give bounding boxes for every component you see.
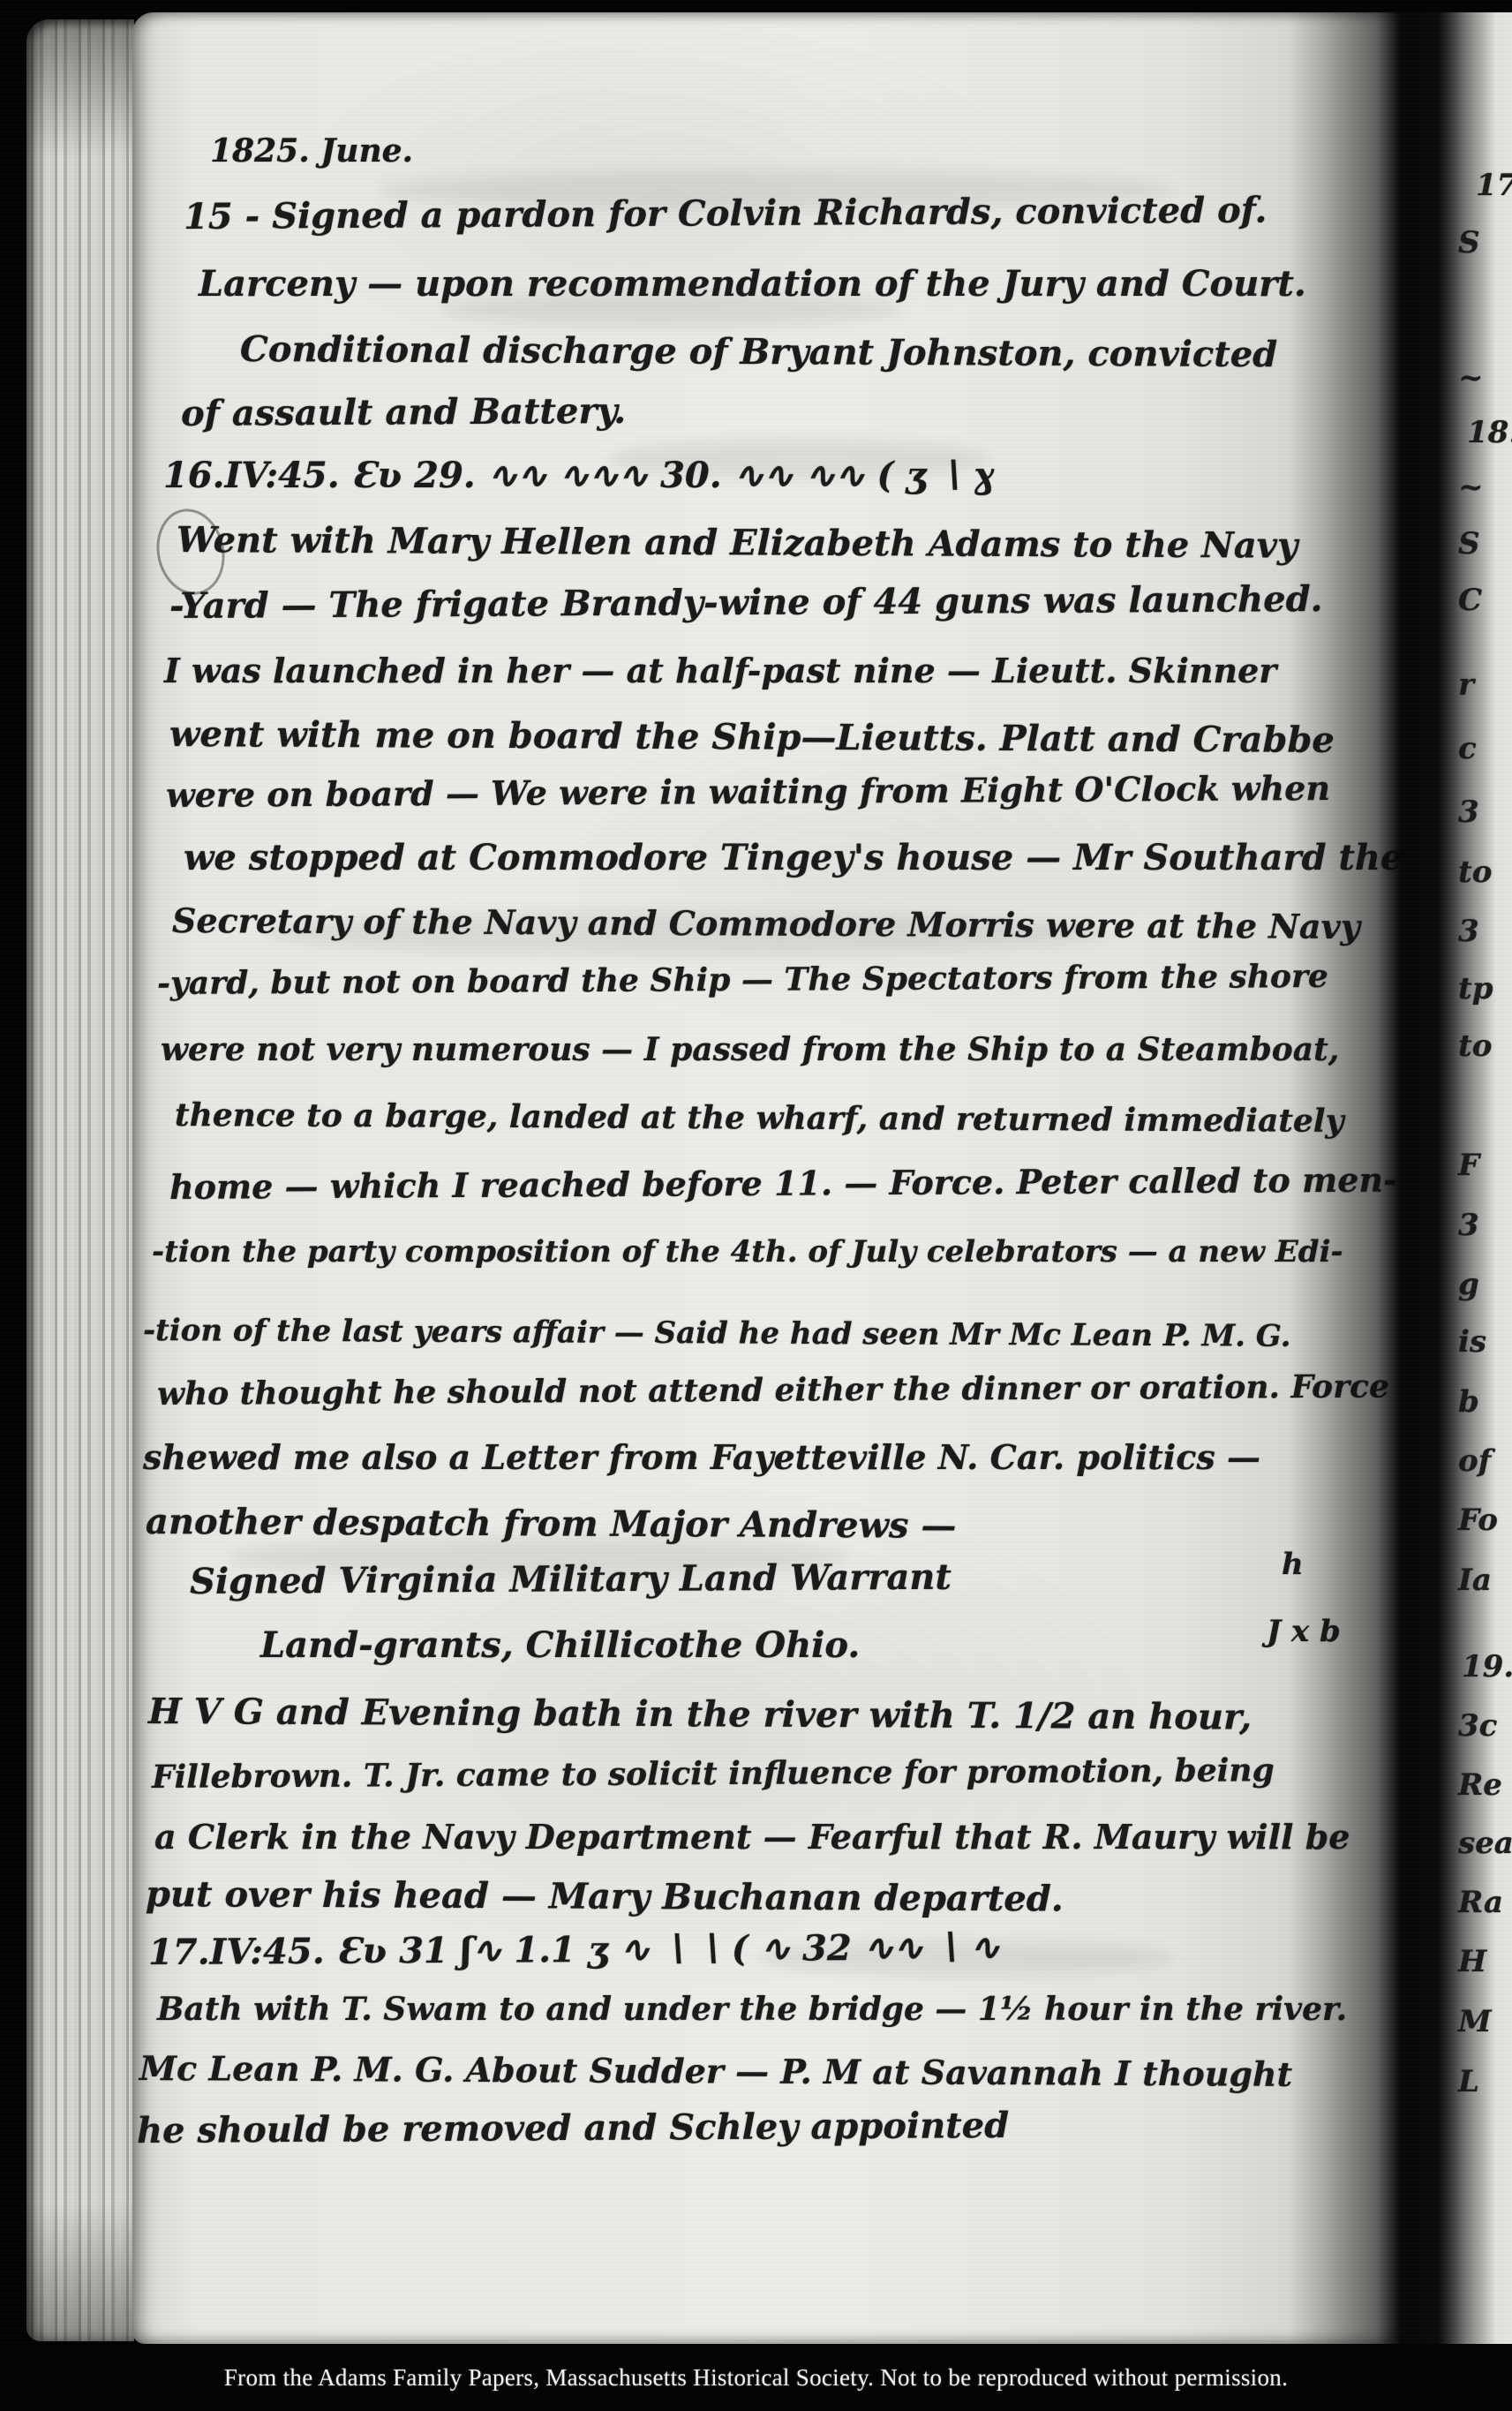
manuscript-line: Went with Mary Hellen and Elizabeth Adam… — [177, 519, 1298, 567]
manuscript-line: shewed me also a Letter from Fayettevill… — [143, 1437, 1260, 1477]
manuscript-line: Land-grants, Chillicothe Ohio. — [260, 1624, 860, 1666]
next-page-fragment: of — [1458, 1443, 1491, 1479]
manuscript-line: Fillebrown. T. Jr. came to solicit influ… — [152, 1752, 1275, 1796]
next-page-fragment: Ia — [1458, 1563, 1492, 1598]
page-heading: 1825. June. — [210, 132, 413, 170]
manuscript-line: were not very numerous — I passed from t… — [161, 1031, 1339, 1068]
manuscript-line: -Yard — The frigate Brandy-wine of 44 gu… — [169, 578, 1323, 627]
next-page-fragment: Fo — [1458, 1503, 1498, 1538]
caption-bar: From the Adams Family Papers, Massachuse… — [0, 2344, 1512, 2411]
next-page-fragment: ~ — [1458, 470, 1484, 505]
next-page-fragment: is — [1458, 1324, 1486, 1360]
manuscript-line: went with me on board the Ship—Lieutts. … — [169, 713, 1335, 761]
manuscript-line: were on board — We were in waiting from … — [166, 768, 1330, 815]
manuscript-line: -tion of the last years affair — Said he… — [143, 1313, 1291, 1354]
book-page-edges — [26, 19, 134, 2341]
next-page-fragment: c — [1458, 731, 1477, 766]
manuscript-line: Bath with T. Swam to and under the bridg… — [157, 1991, 1347, 2028]
manuscript-line: Signed Virginia Military Land Warrant — [190, 1556, 952, 1602]
caption-text: From the Adams Family Papers, Massachuse… — [224, 2364, 1288, 2392]
manuscript-line: Mc Lean P. M. G. About Sudder — P. M at … — [139, 2048, 1292, 2094]
next-page-fragment: sea — [1458, 1826, 1512, 1861]
next-page-fragment: 3 — [1458, 795, 1479, 830]
next-page-fragment: C — [1458, 583, 1482, 618]
manuscript-line: thence to a barge, landed at the wharf, … — [175, 1096, 1344, 1140]
manuscript-line: Secretary of the Navy and Commodore Morr… — [172, 900, 1360, 946]
next-page-fragment: M — [1458, 2004, 1492, 2039]
next-page-fragment: 17- — [1476, 168, 1512, 203]
margin-mark: J x b — [1267, 1614, 1341, 1649]
manuscript-line: 15 - Signed a pardon for Colvin Richards… — [184, 190, 1268, 237]
manuscript-line: 17.IV:45. Ɛʋ 31 ʃ∿ 1.1 ʒ ∿ ∖ ∖ ( ∿ 32 ∿∿… — [148, 1926, 1000, 1973]
next-page-fragment: g — [1458, 1267, 1479, 1302]
margin-mark: h — [1282, 1547, 1304, 1582]
next-page-fragment: 3 — [1458, 914, 1479, 949]
next-page-fragment: ~ — [1458, 360, 1484, 396]
next-page-fragment: Re — [1458, 1767, 1502, 1803]
manuscript-line: home — which I reached before 11. — Forc… — [169, 1160, 1397, 1207]
manuscript-scan-photo: 1825. June. 15 - Signed a pardon for Col… — [0, 0, 1512, 2411]
manuscript-line: who thought he should not attend either … — [157, 1367, 1389, 1413]
next-page-fragment: 19.1 — [1462, 1649, 1512, 1684]
manuscript-line: of assault and Battery. — [181, 390, 626, 434]
manuscript-line: -yard, but not on board the Ship — The S… — [157, 958, 1328, 1002]
next-page-fragment: 3 — [1458, 1208, 1479, 1243]
next-page-fragment: 18. — [1467, 415, 1512, 450]
next-page-fragment: to — [1458, 1028, 1492, 1064]
next-page-fragment: S — [1458, 225, 1480, 260]
next-page-fragment: H — [1458, 1944, 1486, 1979]
manuscript-line: put over his head — Mary Buchanan depart… — [146, 1873, 1064, 1919]
manuscript-line: Larceny — upon recommendation of the Jur… — [199, 263, 1306, 305]
manuscript-line: a Clerk in the Navy Department — Fearful… — [154, 1817, 1350, 1857]
next-page-fragment: to — [1458, 855, 1492, 890]
next-page-fragment: S — [1458, 526, 1480, 561]
manuscript-line: Conditional discharge of Bryant Johnston… — [240, 328, 1277, 375]
manuscript-line: another despatch from Major Andrews — — [146, 1501, 957, 1547]
next-page-fragment: b — [1458, 1384, 1479, 1420]
next-page-fragment: F — [1458, 1148, 1479, 1183]
manuscript-line: 16.IV:45. Ɛʋ 29. ∿∿ ∿∿∿ 30. ∿∿ ∿∿ ( ʒ ∖ … — [163, 455, 994, 496]
manuscript-line: he should be removed and Schley appointe… — [137, 2105, 1009, 2151]
manuscript-line: I was launched in her — at half-past nin… — [164, 651, 1276, 690]
next-page-fragment: L — [1458, 2064, 1479, 2099]
next-page-fragment: Ra — [1458, 1885, 1503, 1920]
manuscript-line: -tion the party composition of the 4th. … — [152, 1234, 1343, 1270]
manuscript-line: H V G and Evening bath in the river with… — [148, 1691, 1252, 1738]
manuscript-line: we stopped at Commodore Tingey's house —… — [184, 837, 1403, 878]
next-page-fragment: r — [1458, 667, 1474, 703]
next-page-fragment: tp — [1458, 971, 1493, 1006]
next-page-fragment: 3c — [1458, 1708, 1497, 1744]
